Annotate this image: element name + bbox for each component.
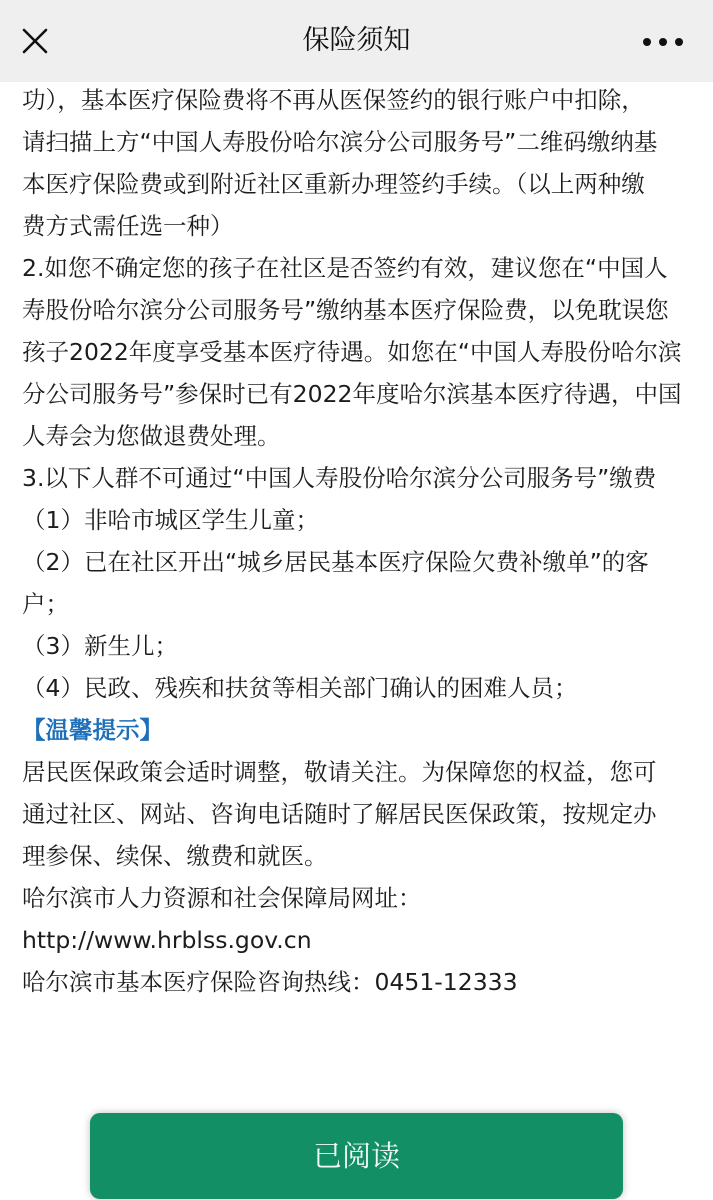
paragraph-line: 孩子2022年度享受基本医疗待遇。如您在“中国人寿股份哈尔滨 xyxy=(22,331,698,373)
hotline-text: 哈尔滨市基本医疗保险咨询热线：0451-12333 xyxy=(22,961,698,1003)
list-item: （3）新生儿； xyxy=(22,625,698,667)
tip-line: 居民医保政策会适时调整，敬请关注。为保障您的权益，您可 xyxy=(22,751,698,793)
paragraph-line: 2.如您不确定您的孩子在社区是否签约有效，建议您在“中国人 xyxy=(22,247,698,289)
read-confirm-button[interactable]: 已阅读 xyxy=(90,1113,623,1199)
tip-heading: 【温馨提示】 xyxy=(22,709,698,751)
section-title: 3.以下人群不可通过“中国人寿股份哈尔滨分公司服务号”缴费 xyxy=(22,457,698,499)
website-label: 哈尔滨市人力资源和社会保障局网址： xyxy=(22,877,698,919)
list-item: （1）非哈市城区学生儿童； xyxy=(22,499,698,541)
website-link[interactable]: http://www.hrblss.gov.cn xyxy=(22,919,698,961)
list-item: 户； xyxy=(22,583,698,625)
paragraph-line: 请扫描上方“中国人寿股份哈尔滨分公司服务号”二维码缴纳基 xyxy=(22,121,698,163)
more-options-button[interactable] xyxy=(643,30,683,54)
more-dots-icon xyxy=(675,38,683,46)
paragraph-line: 费方式需任选一种） xyxy=(22,205,698,247)
paragraph-line: 寿股份哈尔滨分公司服务号”缴纳基本医疗保险费，以免耽误您 xyxy=(22,289,698,331)
list-item: （4）民政、残疾和扶贫等相关部门确认的困难人员； xyxy=(22,667,698,709)
notice-content: 功），基本医疗保险费将不再从医保签约的银行账户中扣除， 请扫描上方“中国人寿股份… xyxy=(22,79,698,1003)
more-dots-icon xyxy=(659,38,667,46)
list-item: （2）已在社区开出“城乡居民基本医疗保险欠费补缴单”的客 xyxy=(22,541,698,583)
more-dots-icon xyxy=(643,38,651,46)
tip-line: 理参保、续保、缴费和就医。 xyxy=(22,835,698,877)
paragraph-line: 功），基本医疗保险费将不再从医保签约的银行账户中扣除， xyxy=(22,79,698,121)
paragraph-line: 人寿会为您做退费处理。 xyxy=(22,415,698,457)
paragraph-line: 本医疗保险费或到附近社区重新办理签约手续。（以上两种缴 xyxy=(22,163,698,205)
page-title: 保险须知 xyxy=(0,0,713,82)
tip-line: 通过社区、网站、咨询电话随时了解居民医保政策，按规定办 xyxy=(22,793,698,835)
nav-bar: 保险须知 xyxy=(0,0,713,82)
paragraph-line: 分公司服务号”参保时已有2022年度哈尔滨基本医疗待遇，中国 xyxy=(22,373,698,415)
